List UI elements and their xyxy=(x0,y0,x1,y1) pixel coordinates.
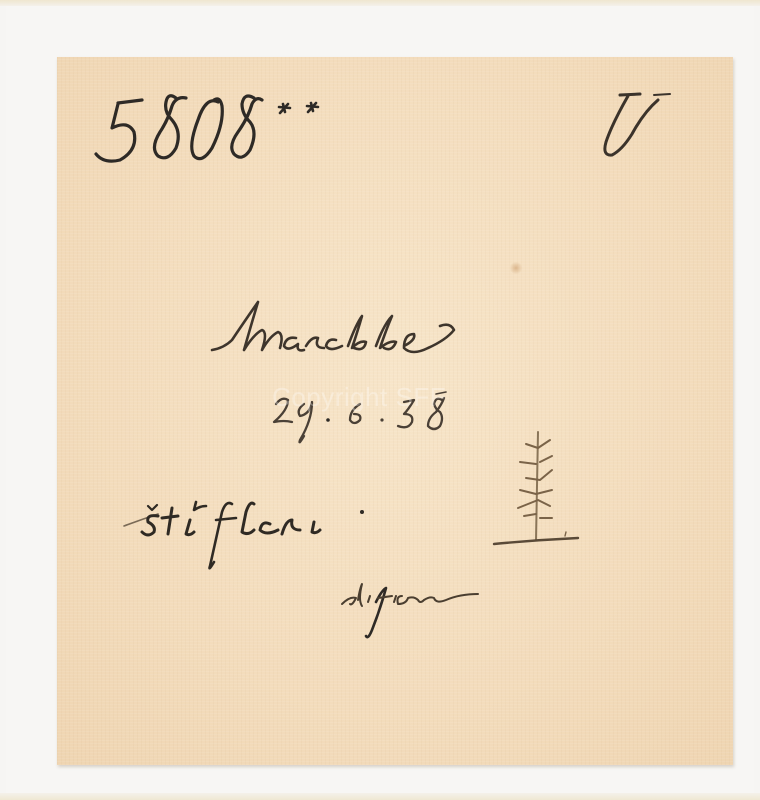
handwritten-letter xyxy=(605,94,670,155)
handwritten-qualifier xyxy=(342,584,478,637)
haystack-pole-icon xyxy=(494,432,578,544)
copyright-watermark: Copyright SFF xyxy=(272,382,446,413)
handwritten-place xyxy=(212,302,454,352)
handwritten-term xyxy=(124,502,364,568)
handwritten-catalog-number xyxy=(96,96,318,161)
